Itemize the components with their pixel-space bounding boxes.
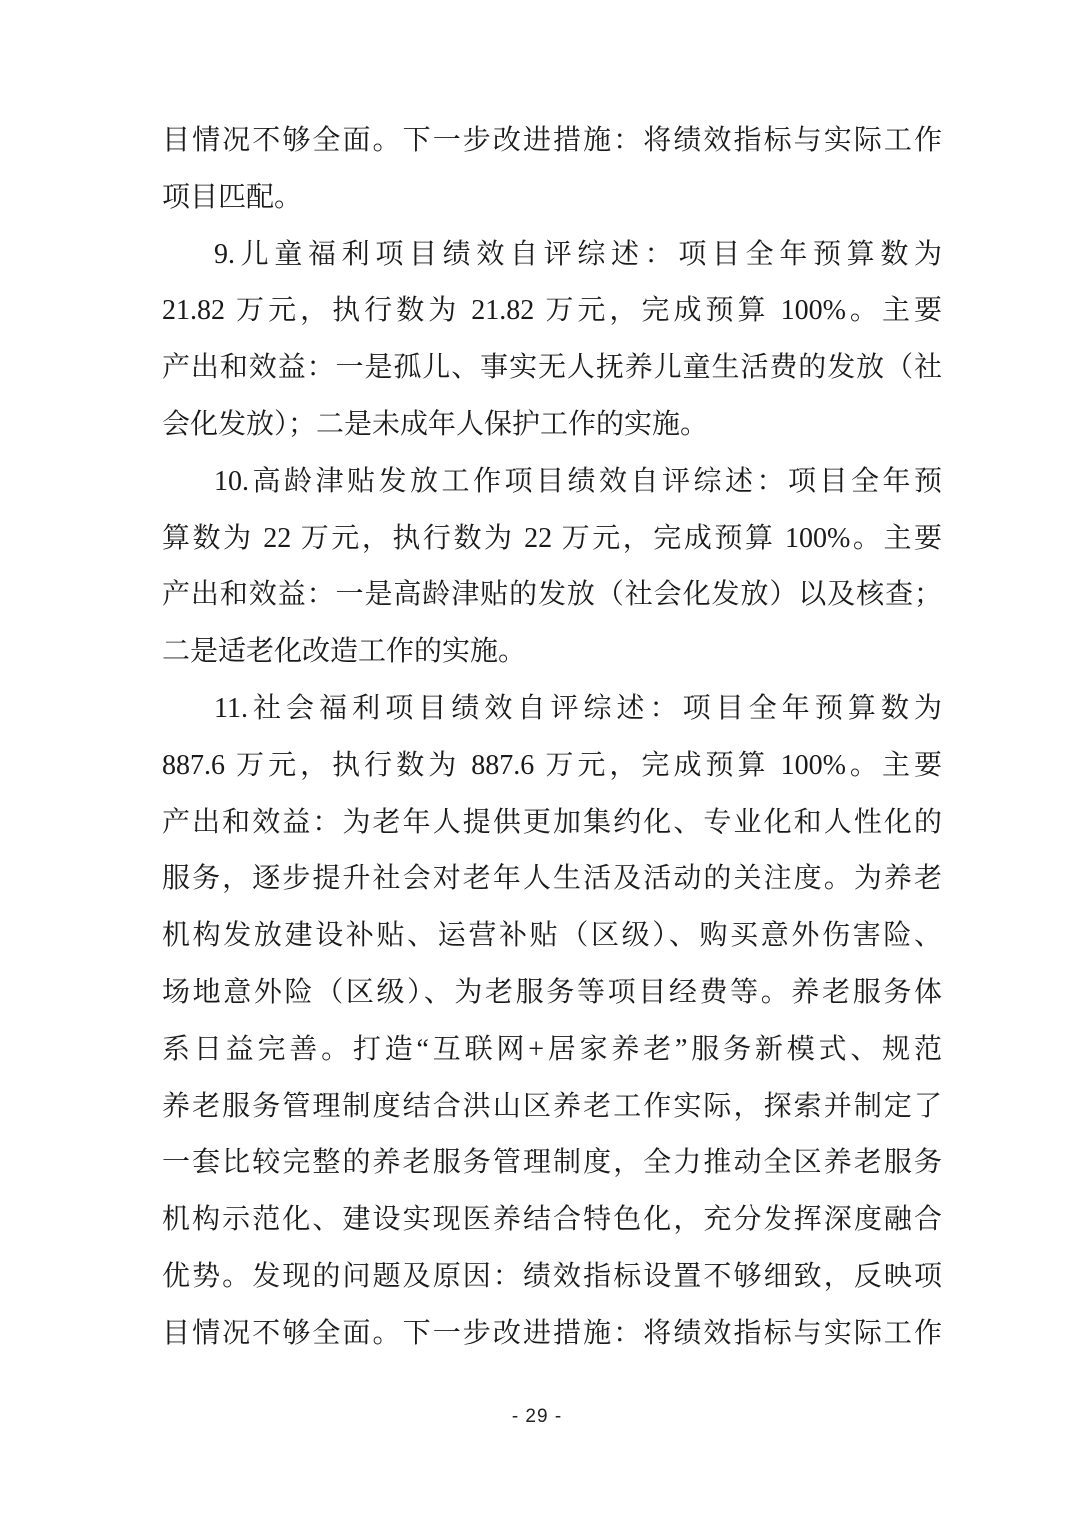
text-line: 9.儿童福利项目绩效自评综述：项目全年预算数为	[162, 227, 942, 284]
text-line: 11.社会福利项目绩效自评综述：项目全年预算数为	[162, 681, 942, 738]
text-line: 产出和效益：一是高龄津贴的发放（社会化发放）以及核查；	[162, 567, 942, 624]
text-line: 场地意外险（区级）、为老服务等项目经费等。养老服务体	[162, 965, 942, 1022]
text-line: 服务，逐步提升社会对老年人生活及活动的关注度。为养老	[162, 851, 942, 908]
text-line: 一套比较完整的养老服务管理制度，全力推动全区养老服务	[162, 1135, 942, 1192]
page-number: - 29 -	[512, 1406, 562, 1427]
text-line: 目情况不够全面。下一步改进措施：将绩效指标与实际工作	[162, 1306, 942, 1363]
text-line: 养老服务管理制度结合洪山区养老工作实际，探索并制定了	[162, 1079, 942, 1136]
text-line: 系日益完善。打造“互联网+居家养老”服务新模式、规范	[162, 1022, 942, 1079]
page-footer: - 29 -	[0, 1402, 1074, 1432]
text-line: 产出和效益：为老年人提供更加集约化、专业化和人性化的	[162, 795, 942, 852]
document-page: 目情况不够全面。下一步改进措施：将绩效指标与实际工作项目匹配。9.儿童福利项目绩…	[0, 0, 1074, 1520]
text-line: 优势。发现的问题及原因：绩效指标设置不够细致，反映项	[162, 1249, 942, 1306]
text-line: 21.82 万元，执行数为 21.82 万元，完成预算 100%。主要	[162, 283, 942, 340]
document-body: 目情况不够全面。下一步改进措施：将绩效指标与实际工作项目匹配。9.儿童福利项目绩…	[162, 113, 942, 1363]
text-line: 二是适老化改造工作的实施。	[162, 624, 942, 681]
text-line: 机构发放建设补贴、运营补贴（区级）、购买意外伤害险、	[162, 908, 942, 965]
text-line: 887.6 万元，执行数为 887.6 万元，完成预算 100%。主要	[162, 738, 942, 795]
text-line: 项目匹配。	[162, 170, 942, 227]
text-line: 机构示范化、建设实现医养结合特色化，充分发挥深度融合	[162, 1192, 942, 1249]
text-line: 会化发放）；二是未成年人保护工作的实施。	[162, 397, 942, 454]
text-line: 算数为 22 万元，执行数为 22 万元，完成预算 100%。主要	[162, 511, 942, 568]
text-line: 产出和效益：一是孤儿、事实无人抚养儿童生活费的发放（社	[162, 340, 942, 397]
text-line: 10.高龄津贴发放工作项目绩效自评综述：项目全年预	[162, 454, 942, 511]
text-line: 目情况不够全面。下一步改进措施：将绩效指标与实际工作	[162, 113, 942, 170]
